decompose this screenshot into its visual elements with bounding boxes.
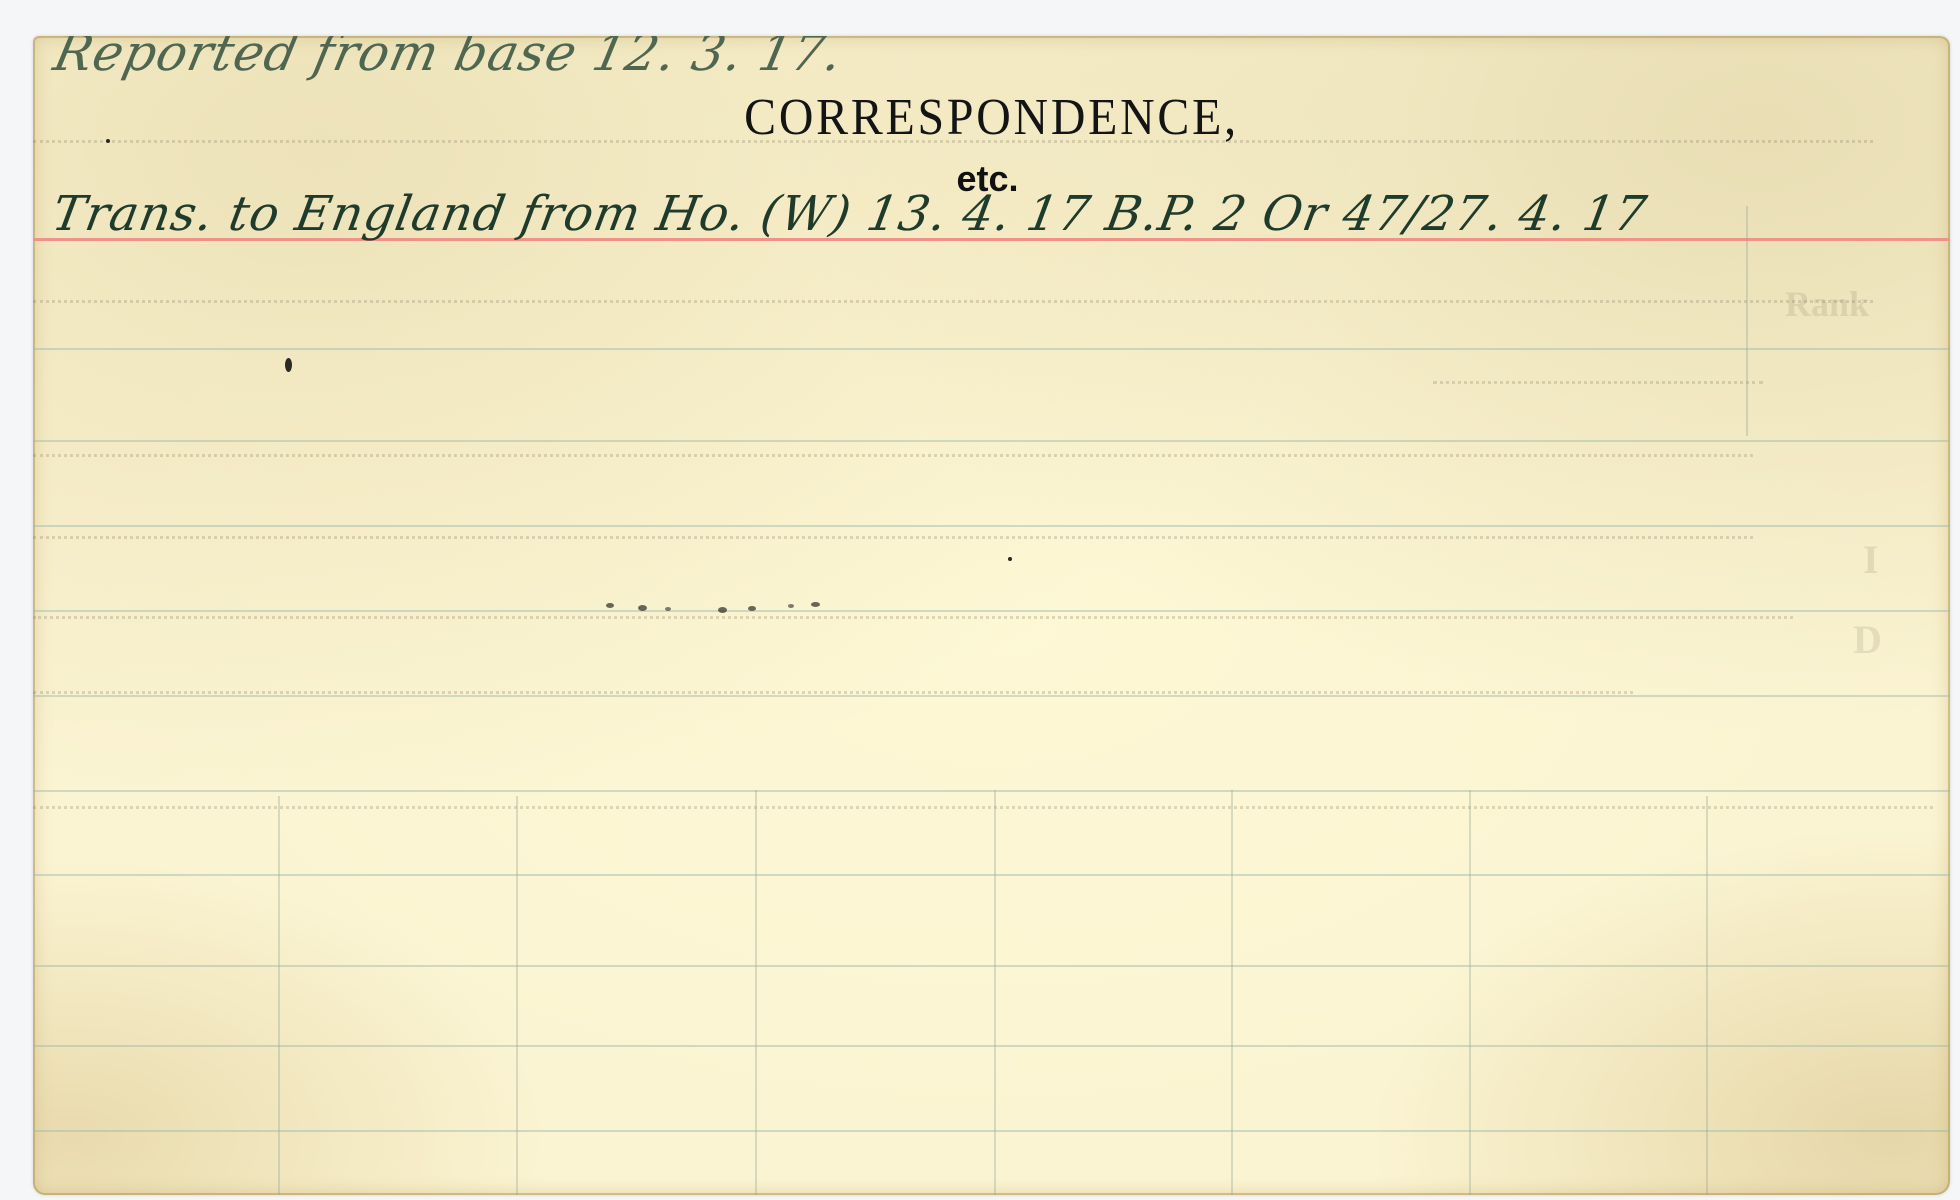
dotted-line	[33, 536, 1753, 539]
ink-dash	[788, 604, 794, 608]
dotted-line	[33, 454, 1753, 457]
grid-column-line	[1706, 796, 1708, 1195]
show-through-text-i: I	[1863, 536, 1879, 583]
guide-rule	[33, 1045, 1950, 1047]
page-title: CORRESPONDENCE,	[110, 88, 1874, 147]
ink-dash	[748, 606, 756, 611]
handwritten-entry-reported: Reported from base 12. 3. 17.	[49, 36, 848, 82]
record-card: Rank I D CORRESPONDENCE, etc. Reported f…	[33, 36, 1950, 1195]
box-line	[1746, 206, 1748, 436]
ink-dash	[606, 603, 614, 608]
guide-rule	[33, 965, 1950, 967]
show-through-text-rank: Rank	[1785, 283, 1869, 325]
ink-dash	[665, 607, 671, 611]
grid-column-line	[994, 790, 996, 1195]
grid-column-line	[755, 790, 757, 1195]
guide-rule	[33, 874, 1950, 876]
handwritten-entry-transferred: Trans. to England from Ho. (W) 13. 4. 17…	[48, 186, 1651, 242]
grid-column-line	[278, 796, 280, 1195]
dotted-line	[1433, 381, 1763, 384]
dotted-line	[33, 300, 1873, 303]
ink-dash	[638, 605, 647, 611]
guide-rule	[33, 440, 1950, 442]
ink-spot	[1008, 557, 1012, 561]
dotted-line	[33, 691, 1633, 694]
guide-rule	[33, 610, 1950, 612]
grid-column-line	[1469, 790, 1471, 1195]
grid-column-line	[516, 796, 518, 1195]
ink-spot	[106, 139, 110, 143]
ink-dash	[811, 602, 820, 607]
dotted-line	[33, 616, 1793, 619]
guide-rule	[33, 348, 1950, 350]
show-through-text-d: D	[1853, 616, 1882, 663]
guide-rule	[33, 695, 1950, 697]
ink-dash	[718, 607, 727, 613]
guide-rule	[33, 790, 1950, 792]
ink-spot	[285, 358, 292, 372]
grid-column-line	[1231, 790, 1233, 1195]
guide-rule	[33, 525, 1950, 527]
guide-rule	[33, 1130, 1950, 1132]
dotted-line	[33, 806, 1933, 809]
